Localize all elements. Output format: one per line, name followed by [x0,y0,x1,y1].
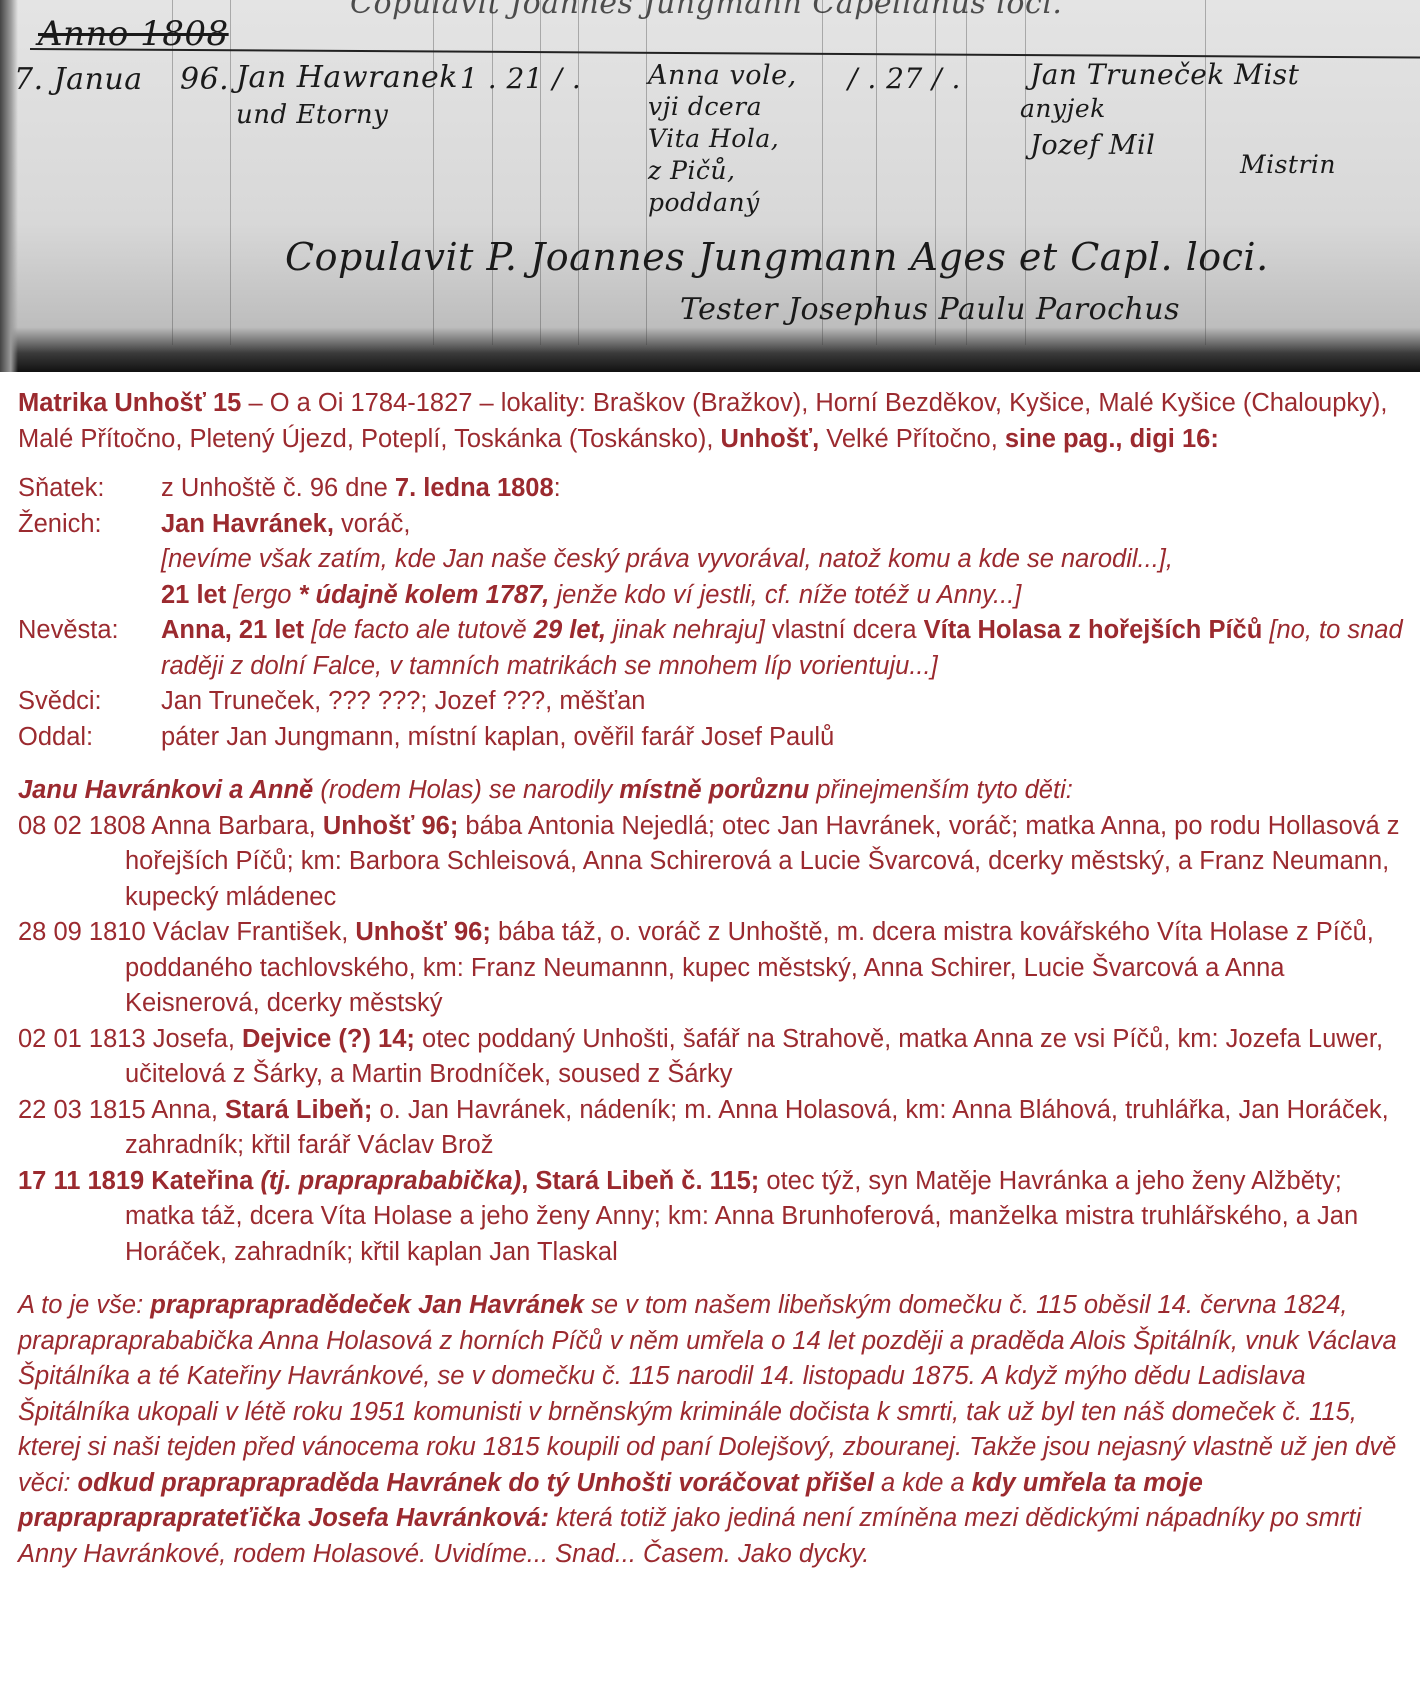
scan-bride-line: poddaný [648,188,760,217]
register-scan-image: Copulavit Joannes Jungmann Capellanus lo… [0,0,1420,372]
marriage-row-zenich: Ženich: Jan Havránek, voráč, [nevíme vša… [18,507,1408,614]
bride-father: Víta Holasa z hořejších Píčů [924,616,1263,644]
field-label: Ženich: [18,507,161,614]
groom-birth-estimate: * údajně kolem 1787, [299,581,550,609]
source-heading: Matrika Unhošť 15 – O a Oi 1784-1827 – l… [18,386,1408,457]
scan-ruling [230,0,231,345]
scan-house-no: 96. [180,62,229,97]
scan-groom-note: und Etorny [236,100,388,130]
child-entry: 28 09 1810 Václav František, Unhošť 96; … [18,915,1408,1022]
field-value: páter Jan Jungmann, místní kaplan, ověři… [161,720,1408,756]
child-place: Unhošť 96; [323,812,458,840]
scan-witness-note: Mistrin [1240,150,1336,179]
scan-entry-date: 7. Janua [14,62,143,97]
child-relation-note: (tj. prapraprababička) [260,1167,521,1195]
scan-age-col: / . 27 / . [848,62,961,95]
scan-witness-note: anyjek [1020,94,1106,123]
conclusion-text: a kde a [874,1469,972,1497]
source-localities-tail: Velké Přítočno, [819,425,1005,453]
child-date-name: 02 01 1813 Josefa, [18,1025,242,1053]
child-date-name: 22 03 1815 Anna, [18,1096,225,1124]
field-value: Jan Truneček, ??? ???; Jozef ???, měšťan [161,684,1408,720]
marriage-place: z Unhoště č. 96 dne [161,474,395,502]
field-label: Oddal: [18,720,161,756]
child-entry: 08 02 1808 Anna Barbara, Unhošť 96; bába… [18,809,1408,916]
field-label: Nevěsta: [18,613,161,684]
child-date-name: 28 09 1810 Václav František, [18,918,355,946]
conclusion-paragraph: A to je vše: prapraprapradědeček Jan Hav… [18,1288,1408,1572]
scan-ruling [1205,0,1206,345]
groom-age: 21 let [161,581,226,609]
scan-bride-line: Anna vole, [648,60,797,91]
scan-signature-parish: Tester Josephus Paulu Parochus [680,292,1180,327]
scan-age-col: 1 . 21 / . [460,62,581,95]
child-place: Dejvice (?) 14; [242,1025,415,1053]
marriage-date: 7. ledna 1808 [395,474,554,502]
child-entry: 22 03 1815 Anna, Stará Libeň; o. Jan Hav… [18,1093,1408,1164]
parents-names: Janu Havránkovi a Anně [18,776,313,804]
bride-relation: vlastní dcera [765,616,924,644]
scan-signature-priest: Copulavit P. Joannes Jungmann Ages et Ca… [285,235,1269,279]
scan-bride-line: z Pičů, [648,156,735,185]
scan-year-heading: Anno 1808 [38,14,229,54]
punct: : [554,474,561,502]
child-date-name: 08 02 1808 Anna Barbara, [18,812,323,840]
child-entry-highlight: 17 11 1819 Kateřina (tj. prapraprababičk… [18,1164,1408,1271]
scan-groom: Jan Hawranek [236,60,458,95]
children-intro: Janu Havránkovi a Anně (rodem Holas) se … [18,773,1408,809]
child-entry: 02 01 1813 Josefa, Dejvice (?) 14; otec … [18,1022,1408,1093]
scan-witness: Jan Truneček Mist [1030,58,1299,91]
child-place: Stará Libeň; [225,1096,372,1124]
source-place: Unhošť, [721,425,820,453]
marriage-row-snatek: Sňatek: z Unhoště č. 96 dne 7. ledna 180… [18,471,1408,507]
field-value: z Unhoště č. 96 dne 7. ledna 1808: [161,471,1408,507]
field-label: Svědci: [18,684,161,720]
groom-note: [nevíme však zatím, kde Jan naše český p… [161,545,1173,573]
intro-text-tail: přinejmenším tyto děti: [809,776,1073,804]
marriage-row-svedci: Svědci: Jan Truneček, ??? ???; Jozef ???… [18,684,1408,720]
bride-real-age: 29 let, [534,616,606,644]
field-value: Jan Havránek, voráč, [nevíme však zatím,… [161,507,1408,614]
bride-note-tail: jinak nehraju] [606,616,765,644]
conclusion-text: se v tom našem libeňským domečku č. 115 … [18,1291,1397,1497]
marriage-row-oddal: Oddal: páter Jan Jungmann, místní kaplan… [18,720,1408,756]
child-place: , Stará Libeň č. 115; [521,1167,759,1195]
scan-left-edge [0,0,18,372]
conclusion-emphasis: prapraprapradědeček Jan Havránek [150,1291,584,1319]
conclusion-emphasis: odkud prapraprapraděda Havránek do tý Un… [78,1469,874,1497]
groom-occupation: voráč, [334,510,411,538]
marriage-row-nevesta: Nevěsta: Anna, 21 let [de facto ale tuto… [18,613,1408,684]
child-date-name: 17 11 1819 Kateřina [18,1167,260,1195]
source-title: Matrika Unhošť 15 [18,389,241,417]
child-place: Unhošť 96; [355,918,490,946]
bride-note: [de facto ale tutově [304,616,534,644]
intro-emphasis: místně porůznu [619,776,809,804]
scan-bride-line: vji dcera [648,92,762,121]
bride-name-age: Anna, 21 let [161,616,304,644]
field-label: Sňatek: [18,471,161,507]
scan-header-rule [30,48,1420,59]
scan-bride-line: Vita Hola, [648,124,779,153]
conclusion-text: A to je vše: [18,1291,150,1319]
scan-header-text: Copulavit Joannes Jungmann Capellanus lo… [350,0,1062,21]
field-value: Anna, 21 let [de facto ale tutově 29 let… [161,613,1408,684]
groom-age-note-tail: jenže kdo ví jestli, cf. níže totéž u An… [549,581,1021,609]
groom-name: Jan Havránek, [161,510,334,538]
groom-age-note: [ergo [226,581,298,609]
source-page: sine pag., digi 16: [1005,425,1219,453]
intro-text: (rodem Holas) se narodily [313,776,619,804]
transcription: Matrika Unhošť 15 – O a Oi 1784-1827 – l… [18,386,1408,1572]
scan-witness: Jozef Mil [1030,130,1155,161]
